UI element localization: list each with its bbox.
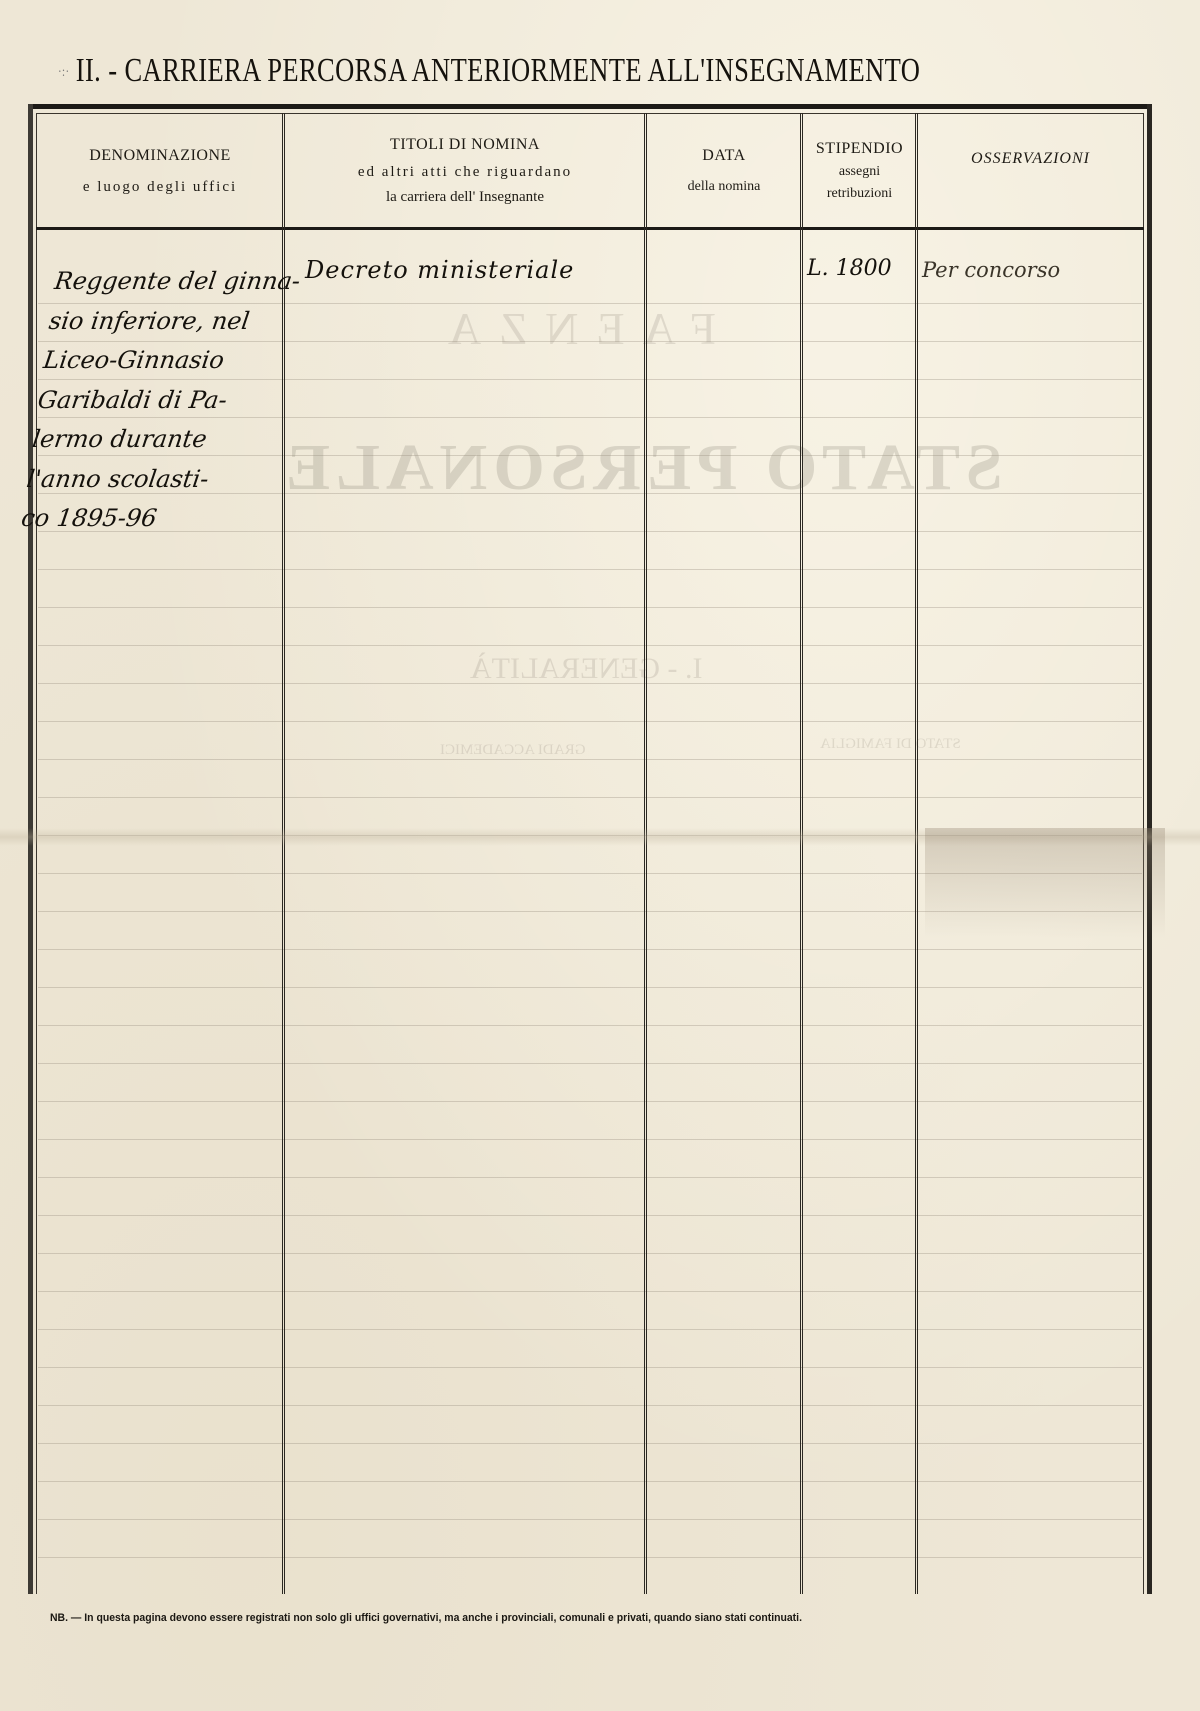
- entry-denominazione-line: l'anno scolasti-: [24, 460, 275, 500]
- column-divider-3: [800, 113, 803, 1594]
- header-titoli-subtitle-1: ed altri atti che riguardano: [358, 164, 572, 181]
- entry-denominazione-line: sio inferiore, nel: [46, 302, 297, 342]
- section-title: ·:·II. - CARRIERA PERCORSA ANTERIORMENTE…: [58, 52, 916, 90]
- header-stipendio-title: STIPENDIO: [816, 140, 903, 158]
- section-title-text: II. - CARRIERA PERCORSA ANTERIORMENTE AL…: [76, 52, 921, 89]
- header-bottom-rule: [36, 227, 1144, 230]
- header-data: DATA della nomina: [648, 116, 800, 226]
- paper-shadow: [925, 828, 1165, 938]
- header-denominazione: DENOMINAZIONE e luogo degli uffici: [38, 116, 282, 226]
- table-top-inner-rule: [36, 113, 1144, 114]
- header-stipendio-subtitle-2: retribuzioni: [827, 186, 892, 202]
- header-stipendio: STIPENDIO assegni retribuzioni: [804, 116, 915, 226]
- header-titoli-title: TITOLI DI NOMINA: [390, 136, 540, 154]
- table-left-border: [28, 104, 33, 1594]
- entry-osservazioni: Per concorso: [922, 258, 1060, 282]
- header-denominazione-subtitle: e luogo degli uffici: [83, 179, 237, 196]
- header-data-title: DATA: [702, 147, 745, 165]
- header-stipendio-subtitle-1: assegni: [839, 164, 880, 180]
- footer-note: NB. — In questa pagina devono essere reg…: [50, 1612, 802, 1624]
- header-data-subtitle: della nomina: [688, 179, 761, 195]
- entry-titoli: Decreto ministeriale: [305, 256, 574, 284]
- entry-denominazione-line: Garibaldi di Pa-: [35, 381, 286, 421]
- column-divider-4: [915, 113, 918, 1594]
- header-denominazione-title: DENOMINAZIONE: [89, 147, 231, 165]
- entry-denominazione-line: co 1895-96: [19, 499, 270, 539]
- table-left-inner-border: [36, 113, 37, 1594]
- entry-denominazione-line: Reggente del ginna-: [52, 262, 303, 302]
- section-marks: ·:·: [58, 65, 69, 80]
- entry-denominazione-line: lermo durante: [30, 420, 281, 460]
- header-osservazioni: OSSERVAZIONI: [919, 116, 1142, 226]
- entry-denominazione: Reggente del ginna- sio inferiore, nel L…: [19, 262, 303, 539]
- header-osservazioni-title: OSSERVAZIONI: [971, 150, 1090, 168]
- entry-denominazione-line: Liceo-Ginnasio: [41, 341, 292, 381]
- header-titoli: TITOLI DI NOMINA ed altri atti che rigua…: [286, 116, 644, 226]
- column-divider-2: [644, 113, 647, 1594]
- table-top-rule: [28, 104, 1152, 109]
- header-titoli-subtitle-2: la carriera dell' Insegnante: [386, 189, 544, 206]
- entry-stipendio: L. 1800: [807, 256, 892, 281]
